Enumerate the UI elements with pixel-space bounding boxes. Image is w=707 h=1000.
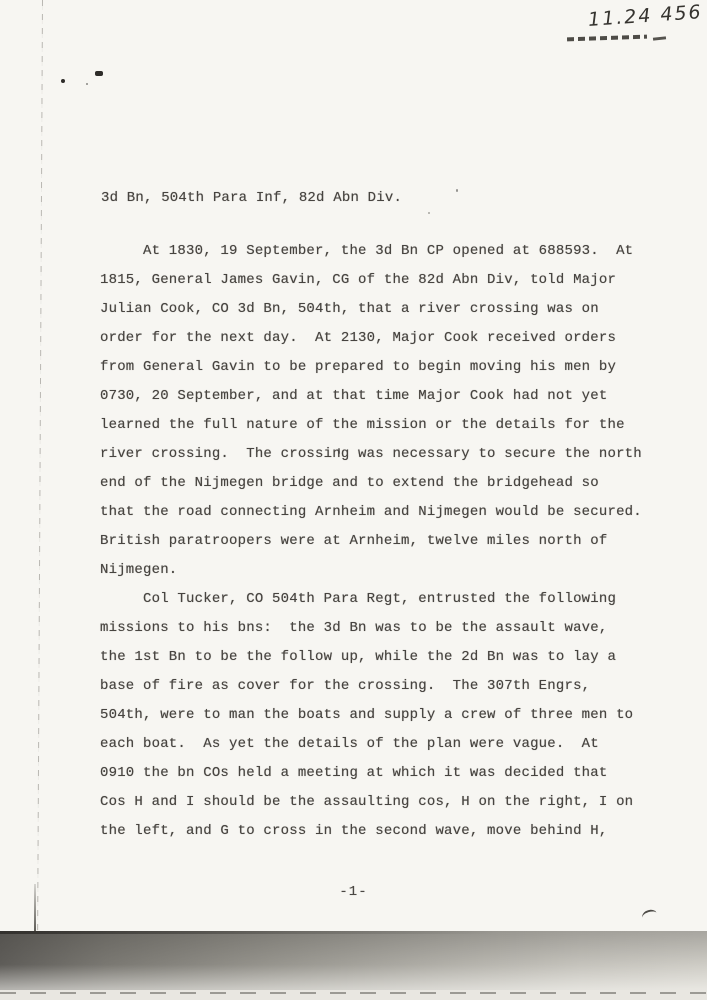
- ink-speck: [86, 83, 88, 85]
- ink-speck: [61, 79, 65, 83]
- page-fold-line: [37, 0, 43, 932]
- body-line: the 1st Bn to be the follow up, while th…: [100, 643, 675, 672]
- body-line: the left, and G to cross in the second w…: [100, 817, 675, 846]
- scan-shadow-bottom: [0, 931, 707, 992]
- scan-bottom-edge: [0, 990, 707, 1000]
- body-line: from General Gavin to be prepared to beg…: [100, 353, 675, 382]
- ink-speck: [95, 71, 103, 76]
- body-line: At 1830, 19 September, the 3d Bn CP open…: [100, 237, 675, 266]
- document-heading: 3d Bn, 504th Para Inf, 82d Abn Div.: [101, 190, 402, 206]
- ink-speck: [456, 189, 458, 192]
- handwritten-catalog-number: 11.24 456: [587, 1, 703, 31]
- page-crease-line: [34, 884, 36, 934]
- document-body: At 1830, 19 September, the 3d Bn CP open…: [100, 237, 675, 846]
- body-line: that the road connecting Arnheim and Nij…: [100, 498, 675, 527]
- body-line: end of the Nijmegen bridge and to extend…: [100, 469, 675, 498]
- body-line: Cos H and I should be the assaulting cos…: [100, 788, 675, 817]
- body-line: Nijmegen.: [100, 556, 675, 585]
- body-line: Julian Cook, CO 3d Bn, 504th, that a riv…: [100, 295, 675, 324]
- body-line: order for the next day. At 2130, Major C…: [100, 324, 675, 353]
- body-line: Col Tucker, CO 504th Para Regt, entruste…: [100, 585, 675, 614]
- body-line: each boat. As yet the details of the pla…: [100, 730, 675, 759]
- strikethrough-scribble: [567, 35, 647, 42]
- pen-curl-mark: [641, 908, 659, 923]
- ink-speck: [428, 212, 430, 214]
- scanned-document-page: 11.24 456 3d Bn, 504th Para Inf, 82d Abn…: [0, 0, 707, 1000]
- body-line: river crossing. The crossing was necessa…: [100, 440, 675, 469]
- body-line: base of fire as cover for the crossing. …: [100, 672, 675, 701]
- body-line: 0910 the bn COs held a meeting at which …: [100, 759, 675, 788]
- page-number: -1-: [0, 884, 707, 900]
- body-line: British paratroopers were at Arnheim, tw…: [100, 527, 675, 556]
- strikethrough-scribble-end: [653, 36, 666, 40]
- body-line: learned the full nature of the mission o…: [100, 411, 675, 440]
- body-line: 504th, were to man the boats and supply …: [100, 701, 675, 730]
- body-line: 1815, General James Gavin, CG of the 82d…: [100, 266, 675, 295]
- body-line: missions to his bns: the 3d Bn was to be…: [100, 614, 675, 643]
- body-line: 0730, 20 September, and at that time Maj…: [100, 382, 675, 411]
